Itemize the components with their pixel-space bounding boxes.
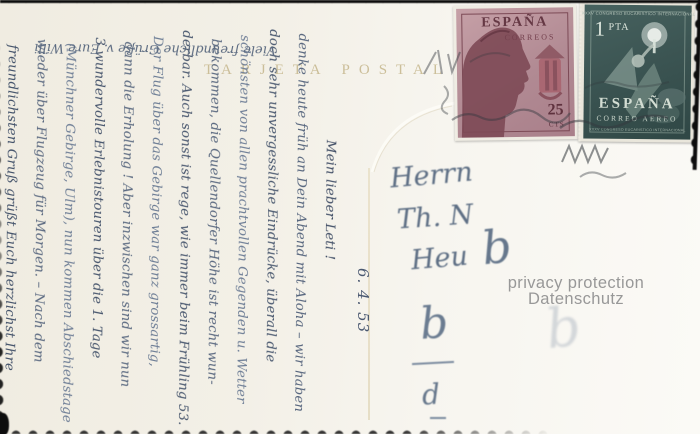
message-line: dann die Erholung ! Aber inzwischen sind… [110,28,143,432]
stamp-franco-country: ESPAÑA [456,14,573,32]
message-greeting: Mein lieber Leti ! [313,30,346,434]
message-closing: Viele freundliche Grüße v. Eure Willi [6,33,276,58]
postcard-back: TARJETA POSTAL ESPAÑA COR [0,0,700,434]
address-line-3: Heu [410,241,469,277]
message-line: wieder über Flugzeug für Morgen. – Nach … [23,27,56,431]
address-stroke [430,417,446,419]
stamp-franco-unit: CTS [549,120,565,128]
address-initial: b [418,297,450,350]
message-line: 3 wundervolle Erlebnistouren über die 1.… [81,27,114,431]
stamp-airmail-1pta: XXXV CONGRESO EUCARISTICO INTERNACIONAL … [578,1,694,142]
message-line: Der Flug über das Gebirge war ganz gross… [139,28,172,432]
privacy-watermark-line2: Datenschutz [492,291,660,307]
address-initial: b [479,219,514,276]
address-initial: d [421,378,441,412]
message-line: schönsten von allen prachtvollen Gegende… [226,29,259,433]
deckle-edge-bottom [8,425,556,434]
address-line-1: Herrn [389,156,474,194]
stamp-franco-service: CORREOS [486,32,573,42]
postcard-photo: TARJETA POSTAL ESPAÑA COR [0,0,700,434]
address-stroke [412,361,454,365]
stamp-franco-value: 25 [547,101,563,119]
privacy-watermark: privacy protection Datenschutz [492,275,660,307]
message-line: denke heute früh an Dein Abend mit Aloha… [284,29,317,433]
message-line: (Münchner Gebirge, Ulm), nun kommen Absc… [52,27,85,431]
stamp-airmail-service: CORREO AEREO [583,113,690,123]
message-line: derbar. Auch sonst ist rege, wie immer b… [168,28,201,432]
stamp-franco-25cts: ESPAÑA CORREOS 25 CTS [453,4,578,141]
deckle-corner-notch [0,413,9,434]
message-handwriting: Mein lieber Leti ! denke heute früh an D… [0,26,346,434]
message-line: doch sehr unvergessliche Eindrücke, über… [255,29,288,433]
message-line: bekommen, die Quellendorfer Höhe ist rec… [197,28,230,432]
address-line-2: Th. N [396,199,474,235]
privacy-watermark-line1: privacy protection [492,275,660,291]
stamp-franco-paper: ESPAÑA CORREOS 25 CTS [456,7,575,138]
stamp-airmail-value: 1 [594,17,605,42]
eagle-crest-icon [535,44,566,98]
stamp-airmail-paper: XXXV CONGRESO EUCARISTICO INTERNACIONAL … [583,4,691,139]
message-date: 6. 4. 53 [354,268,372,378]
stamp-airmail-country: ESPAÑA [584,95,691,113]
deckle-edge-top [0,0,700,12]
stamp-airmail-unit: PTA [608,22,629,33]
